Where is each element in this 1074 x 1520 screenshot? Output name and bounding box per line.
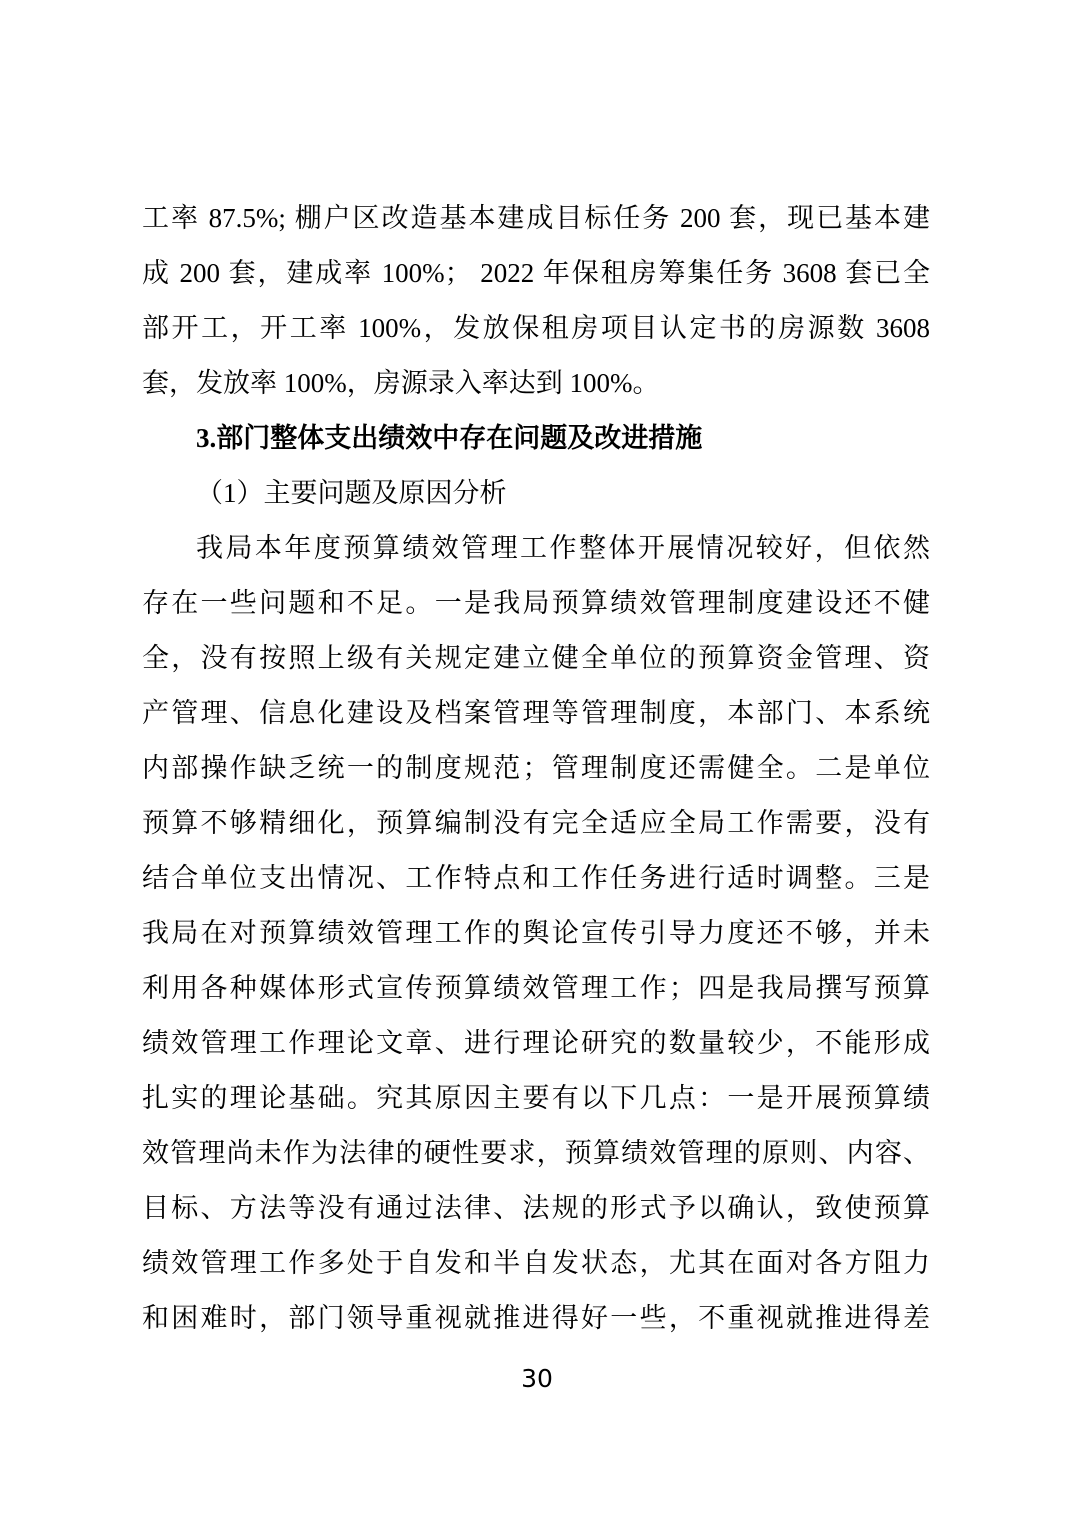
body-line: 成 200 套，建成率 100%； 2022 年保租房筹集任务 3608 套已全 — [142, 246, 930, 301]
paragraph-first-line: 我局本年度预算绩效管理工作整体开展情况较好，但依然 — [142, 521, 930, 576]
body-line: 我局在对预算绩效管理工作的舆论宣传引导力度还不够，并未 — [142, 906, 930, 961]
body-line: 产管理、信息化建设及档案管理等管理制度，本部门、本系统 — [142, 686, 930, 741]
body-line: 扎实的理论基础。究其原因主要有以下几点：一是开展预算绩 — [142, 1071, 930, 1126]
body-line: 套，发放率 100%，房源录入率达到 100%。 — [142, 356, 930, 411]
body-line: 目标、方法等没有通过法律、法规的形式予以确认，致使预算 — [142, 1181, 930, 1236]
body-line: 内部操作缺乏统一的制度规范；管理制度还需健全。二是单位 — [142, 741, 930, 796]
body-line: 利用各种媒体形式宣传预算绩效管理工作；四是我局撰写预算 — [142, 961, 930, 1016]
body-line: 预算不够精细化，预算编制没有完全适应全局工作需要，没有 — [142, 796, 930, 851]
body-line: 工率 87.5%; 棚户区改造基本建成目标任务 200 套，现已基本建 — [142, 191, 930, 246]
section-heading: 3.部门整体支出绩效中存在问题及改进措施 — [142, 411, 930, 466]
page-number: 30 — [0, 1364, 1074, 1394]
subsection-heading: （1）主要问题及原因分析 — [142, 466, 930, 521]
page-body: 工率 87.5%; 棚户区改造基本建成目标任务 200 套，现已基本建 成 20… — [142, 191, 930, 1346]
body-line: 存在一些问题和不足。一是我局预算绩效管理制度建设还不健 — [142, 576, 930, 631]
body-line: 效管理尚未作为法律的硬性要求，预算绩效管理的原则、内容、 — [142, 1126, 930, 1181]
body-line: 绩效管理工作多处于自发和半自发状态，尤其在面对各方阻力 — [142, 1236, 930, 1291]
body-line: 部开工，开工率 100%，发放保租房项目认定书的房源数 3608 — [142, 301, 930, 356]
document-page: 工率 87.5%; 棚户区改造基本建成目标任务 200 套，现已基本建 成 20… — [0, 0, 1074, 1520]
body-line: 绩效管理工作理论文章、进行理论研究的数量较少，不能形成 — [142, 1016, 930, 1071]
body-line: 全，没有按照上级有关规定建立健全单位的预算资金管理、资 — [142, 631, 930, 686]
body-line: 结合单位支出情况、工作特点和工作任务进行适时调整。三是 — [142, 851, 930, 906]
body-line: 和困难时，部门领导重视就推进得好一些，不重视就推进得差 — [142, 1291, 930, 1346]
